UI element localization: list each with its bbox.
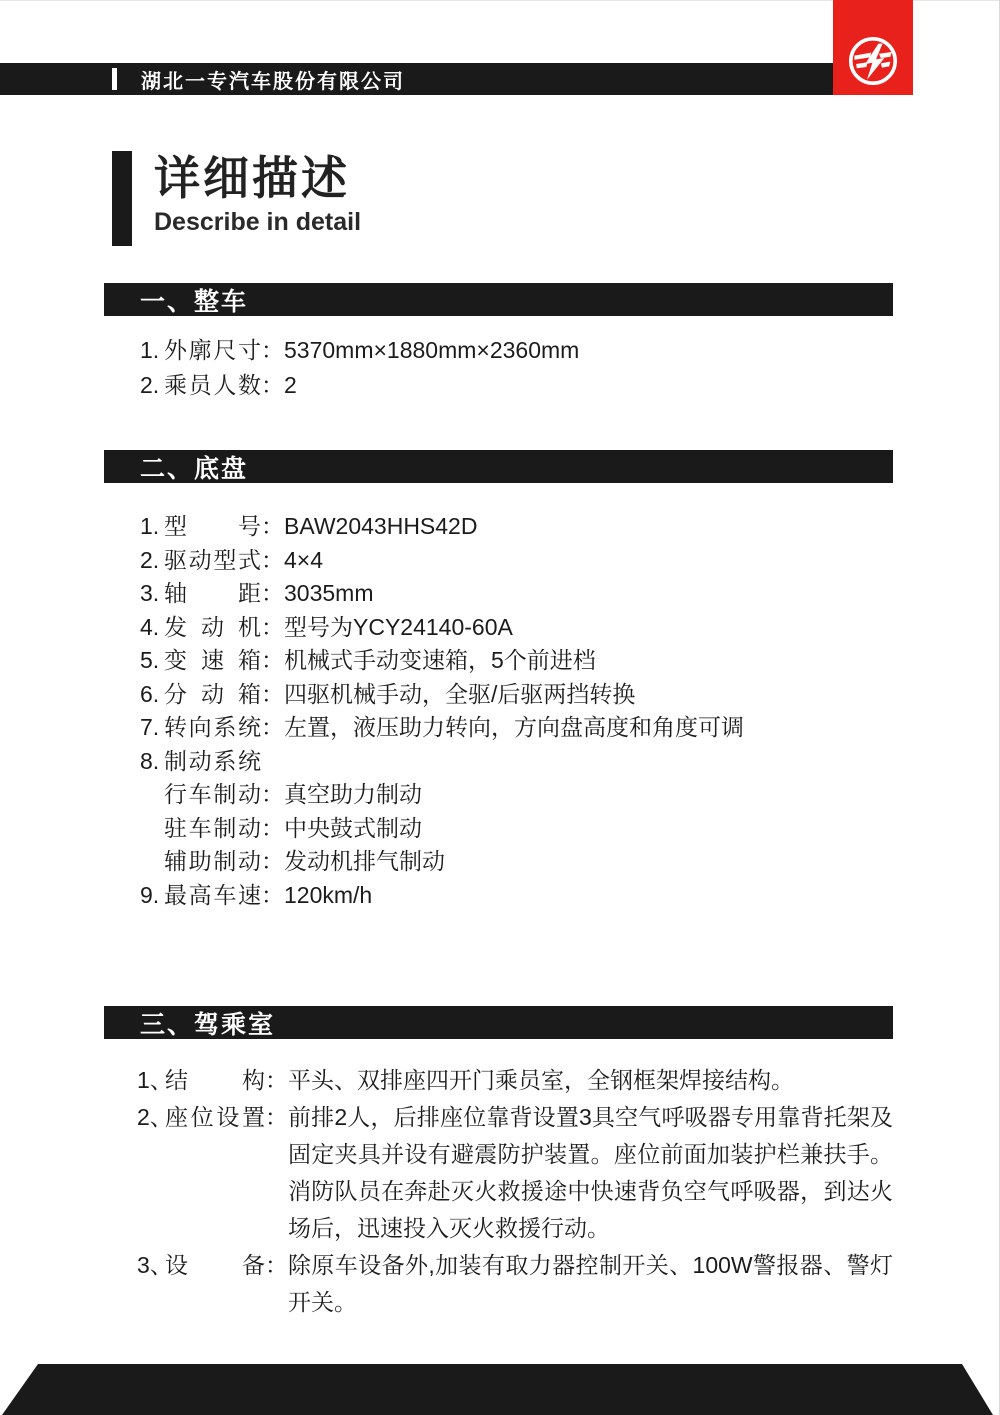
item-value: 机械式手动变速箱，5个前进档: [284, 644, 892, 678]
item-colon: ：: [265, 1062, 288, 1099]
item-value: 四驱机械手动，全驱/后驱两挡转换: [284, 678, 892, 712]
spec-sheet-page: 湖北一专汽车股份有限公司 详细描述 Describe in detail 一、整…: [0, 0, 1000, 1415]
item-label: 结构: [165, 1062, 265, 1099]
item-colon: ：: [261, 611, 284, 645]
item-value: 除原车设备外,加装有取力器控制开关、100W警报器、警灯开关。: [288, 1247, 893, 1321]
item-colon: ：: [261, 577, 284, 611]
page-title: 详细描述: [154, 153, 361, 204]
item-number: 1.: [140, 333, 164, 368]
item-number: 5.: [140, 644, 164, 678]
spec-row: 1. 型号 ： BAW2043HHS42D: [140, 510, 892, 544]
item-label: 最高车速: [164, 879, 261, 913]
item-number: 3.: [140, 577, 164, 611]
item-colon: ：: [265, 1099, 288, 1136]
item-label: 行车制动: [164, 778, 261, 812]
item-colon: ：: [261, 845, 284, 879]
item-number: 6.: [140, 678, 164, 712]
item-number: 3、: [137, 1247, 165, 1284]
spec-row: 6. 分动箱 ： 四驱机械手动，全驱/后驱两挡转换: [140, 678, 892, 712]
item-label: 驱动型式: [164, 544, 261, 578]
item-colon: ：: [261, 510, 284, 544]
item-value: 平头、双排座四开门乘员室，全钢框架焊接结构。: [288, 1062, 893, 1099]
item-value: 3035mm: [284, 577, 892, 611]
header-tick-mark: [112, 68, 117, 90]
item-label: 设备: [165, 1247, 265, 1284]
section-heading: 一、整车: [140, 282, 248, 318]
item-label: 外廓尺寸: [164, 333, 261, 368]
item-label: 分动箱: [164, 678, 261, 712]
item-value: 左置，液压助力转向，方向盘高度和角度可调: [284, 711, 892, 745]
section-chassis: 二、底盘 1. 型号 ： BAW2043HHS42D 2. 驱动型式 ： 4×4…: [0, 450, 1000, 912]
item-label: 辅助制动: [164, 845, 261, 879]
item-colon: ：: [265, 1247, 288, 1284]
item-value: 5370mm×1880mm×2360mm: [284, 333, 892, 368]
item-colon: ：: [261, 812, 284, 846]
spec-row: 3、 设备 ： 除原车设备外,加装有取力器控制开关、100W警报器、警灯开关。: [137, 1247, 893, 1321]
spec-subrow: 行车制动 ： 真空助力制动: [140, 778, 892, 812]
item-label: 制动系统: [164, 745, 261, 779]
item-number: 9.: [140, 879, 164, 913]
section-heading: 二、底盘: [140, 449, 248, 485]
item-colon: ：: [261, 879, 284, 913]
spec-row: 9. 最高车速 ： 120km/h: [140, 879, 892, 913]
item-colon: ：: [261, 778, 284, 812]
item-colon: ：: [261, 711, 284, 745]
item-number: 2、: [137, 1099, 165, 1136]
item-label: 变速箱: [164, 644, 261, 678]
spec-row: 2、 座位设置 ： 前排2人，后排座位靠背设置3具空气呼吸器专用靠背托架及固定夹…: [137, 1099, 893, 1247]
section-cab: 三、驾乘室 1、 结构 ： 平头、双排座四开门乘员室，全钢框架焊接结构。 2、 …: [0, 1006, 1000, 1321]
brand-logo-block: [833, 0, 913, 95]
item-number: 8.: [140, 745, 164, 779]
item-label: 乘员人数: [164, 368, 261, 403]
spec-row: 2. 乘员人数 ： 2: [140, 368, 892, 403]
item-value: 2: [284, 368, 892, 403]
spec-row: 7. 转向系统 ： 左置，液压助力转向，方向盘高度和角度可调: [140, 711, 892, 745]
item-colon: ：: [261, 544, 284, 578]
section-heading: 三、驾乘室: [140, 1005, 275, 1041]
item-colon: ：: [261, 644, 284, 678]
item-value: BAW2043HHS42D: [284, 510, 892, 544]
page-subtitle: Describe in detail: [154, 208, 361, 237]
company-name: 湖北一专汽车股份有限公司: [141, 65, 405, 94]
item-label: 轴距: [164, 577, 261, 611]
item-value: 前排2人，后排座位靠背设置3具空气呼吸器专用靠背托架及固定夹具并设有避震防护装置…: [288, 1099, 893, 1247]
item-number: 1、: [137, 1062, 165, 1099]
spec-row: 3. 轴距 ： 3035mm: [140, 577, 892, 611]
spec-row: 5. 变速箱 ： 机械式手动变速箱，5个前进档: [140, 644, 892, 678]
item-label: 驻车制动: [164, 812, 261, 846]
title-rule-bar: [112, 151, 132, 246]
company-header-bar: 湖北一专汽车股份有限公司: [0, 63, 843, 95]
item-number: 2.: [140, 544, 164, 578]
item-value: 4×4: [284, 544, 892, 578]
spec-subrow: 驻车制动 ： 中央鼓式制动: [140, 812, 892, 846]
item-number: 2.: [140, 368, 164, 403]
spec-row: 1. 外廓尺寸 ： 5370mm×1880mm×2360mm: [140, 333, 892, 368]
section-heading-bar: 二、底盘: [104, 450, 893, 483]
spec-row: 2. 驱动型式 ： 4×4: [140, 544, 892, 578]
spec-subrow: 辅助制动 ： 发动机排气制动: [140, 845, 892, 879]
spec-row: 8. 制动系统: [140, 745, 892, 779]
item-label: 转向系统: [164, 711, 261, 745]
item-colon: ：: [261, 368, 284, 403]
item-label: 型号: [164, 510, 261, 544]
section-heading-bar: 三、驾乘室: [104, 1006, 893, 1039]
item-value: 真空助力制动: [284, 778, 892, 812]
item-value: 120km/h: [284, 879, 892, 913]
item-number: 7.: [140, 711, 164, 745]
section-heading-bar: 一、整车: [104, 283, 893, 316]
page-title-block: 详细描述 Describe in detail: [112, 151, 361, 246]
item-value: 发动机排气制动: [284, 845, 892, 879]
item-label: 发动机: [164, 611, 261, 645]
item-value: 中央鼓式制动: [284, 812, 892, 846]
item-number: 1.: [140, 510, 164, 544]
spec-row: 4. 发动机 ： 型号为YCY24140-60A: [140, 611, 892, 645]
spec-row: 1、 结构 ： 平头、双排座四开门乘员室，全钢框架焊接结构。: [137, 1062, 893, 1099]
item-colon: ：: [261, 678, 284, 712]
section-whole-vehicle: 一、整车 1. 外廓尺寸 ： 5370mm×1880mm×2360mm 2. 乘…: [0, 283, 1000, 403]
footer-band: [0, 1364, 996, 1415]
item-label: 座位设置: [165, 1099, 265, 1136]
item-number: 4.: [140, 611, 164, 645]
item-value: 型号为YCY24140-60A: [284, 611, 892, 645]
item-colon: ：: [261, 333, 284, 368]
